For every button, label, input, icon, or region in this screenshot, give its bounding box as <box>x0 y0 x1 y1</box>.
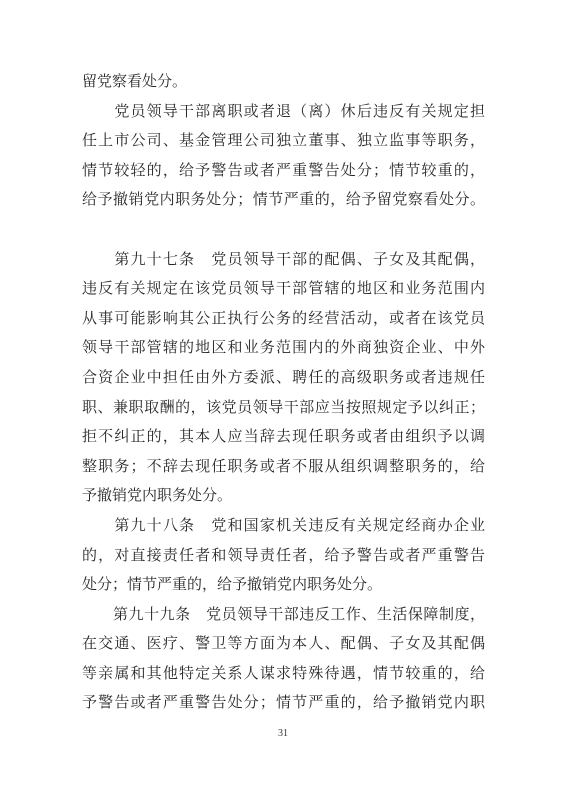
paragraph: 第九十九条 党员领导干部违反工作、生活保障制度，在交通、医疗、警卫等方面为本人、… <box>82 601 485 719</box>
paragraph: 第九十八条 党和国家机关违反有关规定经商办企业的，对直接责任者和领导责任者，给予… <box>82 512 485 601</box>
text-line: 等亲属和其他特定关系人谋求特殊待遇，情节较重的，给 <box>82 660 485 690</box>
paragraph: 第九十七条 党员领导干部的配偶、子女及其配偶，违反有关规定在该党员领导干部管辖的… <box>82 246 485 512</box>
text-line: 给予撤销党内职务处分；情节严重的，给予留党察看处分。 <box>82 186 485 216</box>
paragraph: 留党察看处分。 <box>82 68 485 98</box>
text-line: 合资企业中担任由外方委派、聘任的高级职务或者违规任 <box>82 364 485 394</box>
text-line: 予撤销党内职务处分。 <box>82 482 485 512</box>
text-line: 情节较轻的，给予警告或者严重警告处分；情节较重的， <box>82 157 485 187</box>
text-line: 的，对直接责任者和领导责任者，给予警告或者严重警告 <box>82 542 485 572</box>
text-line: 领导干部管辖的地区和业务范围内的外商独资企业、中外 <box>82 334 485 364</box>
text-line: 职、兼职取酬的，该党员领导干部应当按照规定予以纠正； <box>82 394 485 424</box>
text-line: 整职务；不辞去现任职务或者不服从组织调整职务的，给 <box>82 453 485 483</box>
text-line: 留党察看处分。 <box>82 68 485 98</box>
text-line: 任上市公司、基金管理公司独立董事、独立监事等职务， <box>82 127 485 157</box>
text-line: 在交通、医疗、警卫等方面为本人、配偶、子女及其配偶 <box>82 630 485 660</box>
paragraph: 党员领导干部离职或者退（离）休后违反有关规定担任上市公司、基金管理公司独立董事、… <box>82 98 485 216</box>
text-line: 第九十八条 党和国家机关违反有关规定经商办企业 <box>82 512 485 542</box>
text-line: 处分；情节严重的，给予撤销党内职务处分。 <box>82 571 485 601</box>
text-line: 拒不纠正的，其本人应当辞去现任职务或者由组织予以调 <box>82 423 485 453</box>
text-line: 第九十七条 党员领导干部的配偶、子女及其配偶， <box>82 246 485 276</box>
text-line: 从事可能影响其公正执行公务的经营活动，或者在该党员 <box>82 305 485 335</box>
text-line: 党员领导干部离职或者退（离）休后违反有关规定担 <box>82 98 485 128</box>
text-line: 违反有关规定在该党员领导干部管辖的地区和业务范围内 <box>82 275 485 305</box>
text-line: 第九十九条 党员领导干部违反工作、生活保障制度， <box>82 601 485 631</box>
text-column: 留党察看处分。 党员领导干部离职或者退（离）休后违反有关规定担任上市公司、基金管… <box>82 68 485 719</box>
document-page: 留党察看处分。 党员领导干部离职或者退（离）休后违反有关规定担任上市公司、基金管… <box>0 0 566 800</box>
text-line: 予警告或者严重警告处分；情节严重的，给予撤销党内职 <box>82 689 485 719</box>
page-number: 31 <box>0 727 566 741</box>
